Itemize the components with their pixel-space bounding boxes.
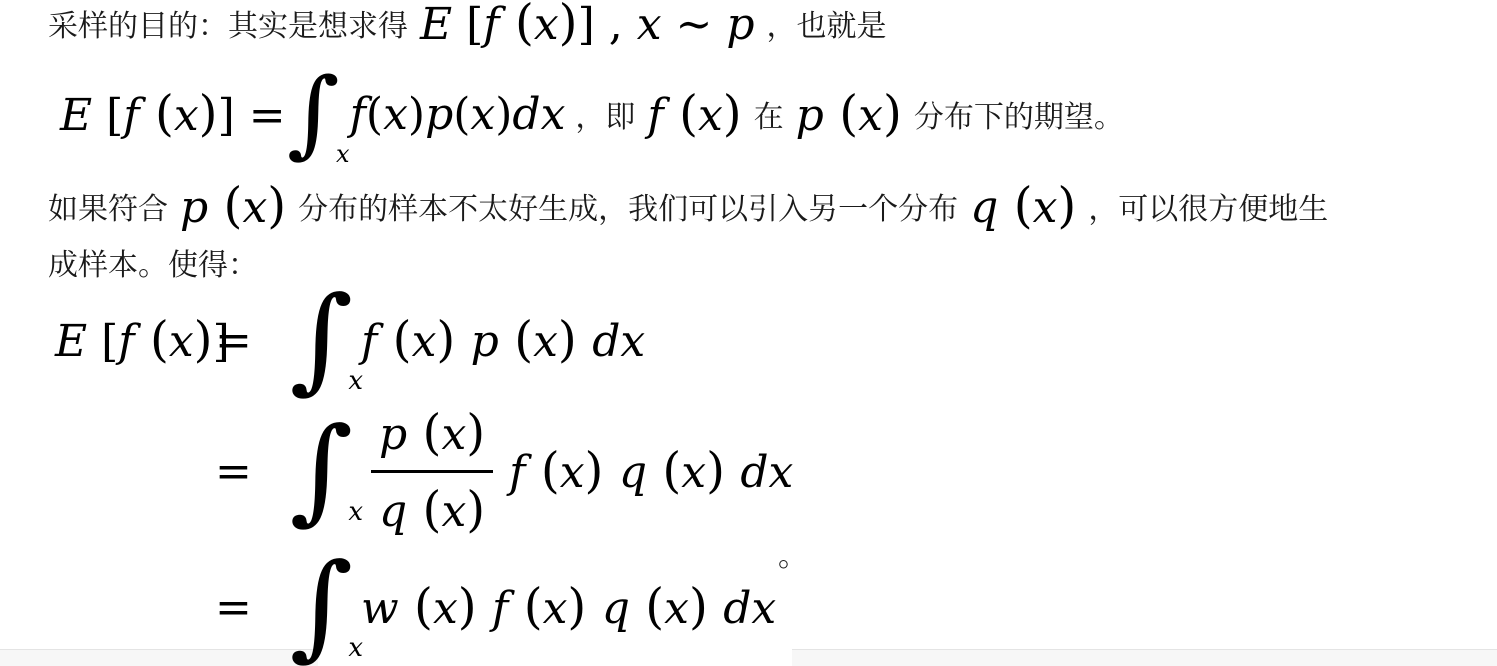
formula-p-of-x: p (x) (180, 178, 286, 234)
fraction-numerator: p (x) (371, 405, 493, 470)
integral-subscript: x (348, 633, 363, 663)
integral-sign: ∫ x (297, 415, 345, 527)
integral-sign-inline: ∫ x (292, 64, 336, 164)
integral-sign: ∫ x (297, 284, 345, 396)
formula-f-of-x: f (x) (647, 86, 741, 142)
equation-rhs: w (x) f (x) q (x) dx (361, 579, 776, 635)
paragraph-1-text-2: ，也就是 (767, 1, 887, 45)
paragraph-3: 如果符合 p (x) 分布的样本不太好生成，我们可以引入另一个分布 q (x) … (48, 176, 1328, 236)
paragraph-3-text-1: 如果符合 (48, 184, 168, 228)
integral-glyph: ∫ (287, 66, 340, 161)
period-after-equation: 。 (778, 531, 808, 575)
article-page: 采样的目的：其实是想求得 E [f (x)] , x ∼ p ，也就是 E [f… (0, 0, 1497, 666)
paragraph-2-text-2: 在 (754, 92, 784, 136)
fraction-p-over-q: p (x) q (x) (371, 405, 493, 538)
equals-sign: = (215, 315, 249, 366)
formula-expectation-lhs: E [f (x)] = (60, 86, 286, 142)
equals-sign: = (215, 582, 249, 633)
paragraph-2-text-1: ，即 (575, 92, 635, 136)
integral-subscript: x (336, 140, 350, 168)
formula-expectation-inline: E [f (x)] , x ∼ p (420, 0, 755, 51)
formula-expectation-rhs: f(x)p(x)dx (350, 89, 566, 140)
formula-p-of-x: p (x) (796, 86, 902, 142)
equation-row-1: E [f (x)] = ∫ x f (x) p (x) dx (55, 283, 645, 397)
integral-glyph: ∫ (289, 414, 353, 529)
integral-subscript: x (348, 497, 363, 527)
equation-rhs: f (x) q (x) dx (509, 443, 793, 499)
integral-sign: ∫ x (297, 551, 345, 663)
paragraph-3-text-2: 分布的样本不太好生成，我们可以引入另一个分布 (298, 184, 958, 228)
equation-lhs: E [f (x)] (55, 312, 215, 368)
integral-glyph: ∫ (289, 283, 353, 398)
paragraph-1-text-1: 采样的目的：其实是想求得 (48, 1, 408, 45)
integral-subscript: x (348, 366, 363, 396)
paragraph-1: 采样的目的：其实是想求得 E [f (x)] , x ∼ p ，也就是 (48, 0, 887, 46)
paragraph-4-text: 成样本。使得： (48, 240, 258, 284)
equation-row-3: = ∫ x w (x) f (x) q (x) dx (55, 541, 776, 666)
equals-sign: = (215, 446, 249, 497)
paragraph-3-text-3: ，可以很方便地生 (1088, 184, 1328, 228)
integral-glyph: ∫ (289, 550, 353, 665)
paragraph-4: 成样本。使得： (48, 236, 258, 288)
formula-q-of-x: q (x) (970, 178, 1076, 234)
fraction-denominator: q (x) (371, 470, 493, 538)
paragraph-2-text-3: 分布下的期望。 (914, 92, 1124, 136)
paragraph-2: E [f (x)] = ∫ x f(x)p(x)dx ，即 f (x) 在 p … (60, 56, 1124, 172)
equation-rhs: f (x) p (x) dx (361, 312, 645, 368)
equation-row-2: = ∫ x p (x) q (x) f (x) q (x) dx (55, 403, 793, 539)
